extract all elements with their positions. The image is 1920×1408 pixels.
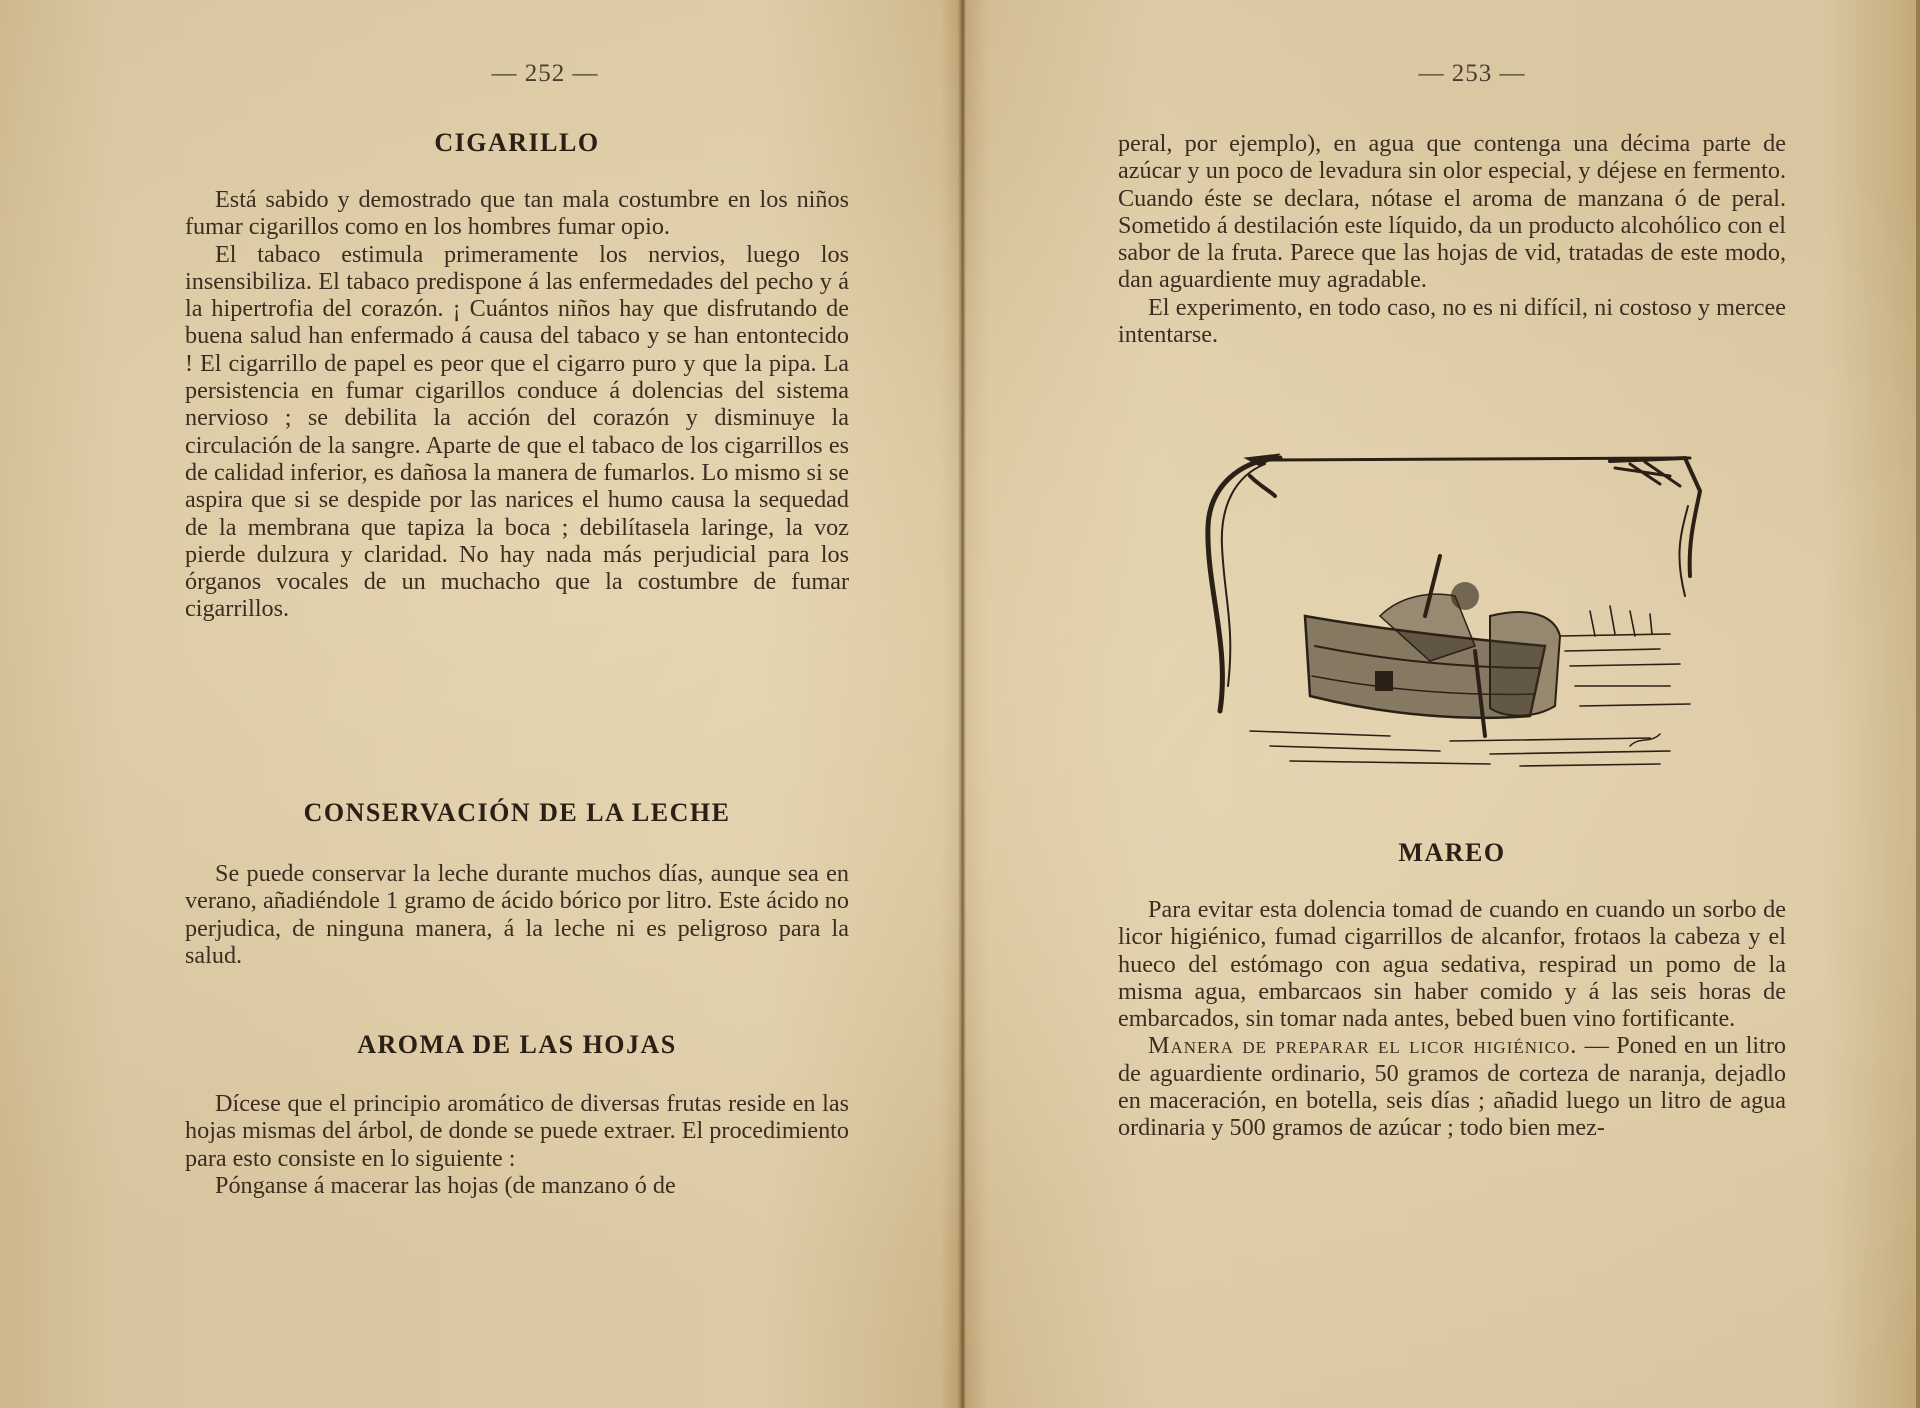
boat-engraving-icon	[1190, 446, 1710, 776]
paragraph: Está sabido y demostrado que tan mala co…	[185, 186, 849, 241]
continued-text: peral, por ejemplo), en agua que conteng…	[1118, 130, 1786, 348]
heading-cigarillo: CIGARILLO	[185, 128, 849, 158]
paragraph: Se puede conservar la leche durante much…	[185, 860, 849, 969]
heading-mareo: MAREO	[1118, 838, 1786, 868]
paragraph: Dícese que el principio aromático de div…	[185, 1090, 849, 1172]
section-aroma-body: Dícese que el principio aromático de div…	[185, 1090, 849, 1199]
heading-aroma-hojas: AROMA DE LAS HOJAS	[185, 1030, 849, 1060]
subsection-paragraph: Manera de preparar el licor higiénico. —…	[1118, 1032, 1786, 1141]
paragraph: Para evitar esta dolencia tomad de cuand…	[1118, 896, 1786, 1032]
section-mareo-body: Para evitar esta dolencia tomad de cuand…	[1118, 896, 1786, 1142]
paragraph: El tabaco estimula primeramente los nerv…	[185, 241, 849, 623]
subsection-title: Manera de preparar el licor higiénico.	[1148, 1032, 1577, 1059]
subsection-dash: —	[1577, 1032, 1609, 1059]
heading-conservacion-leche: CONSERVACIÓN DE LA LECHE	[185, 798, 849, 828]
paragraph: El experimento, en todo caso, no es ni d…	[1118, 294, 1786, 349]
page-edge	[1916, 0, 1920, 1408]
book-gutter	[958, 0, 966, 1408]
section-cigarillo-body: Está sabido y demostrado que tan mala co…	[185, 186, 849, 623]
page-number-right: — 253 —	[1138, 60, 1806, 88]
paragraph: Pónganse á macerar las hojas (de manzano…	[185, 1172, 849, 1199]
section-leche-body: Se puede conservar la leche durante much…	[185, 860, 849, 969]
paragraph: peral, por ejemplo), en agua que conteng…	[1118, 130, 1786, 294]
page-number-left: — 252 —	[213, 60, 877, 88]
left-page: — 252 — CIGARILLO Está sabido y demostra…	[185, 0, 849, 1408]
book-spread: — 252 — CIGARILLO Está sabido y demostra…	[0, 0, 1920, 1408]
